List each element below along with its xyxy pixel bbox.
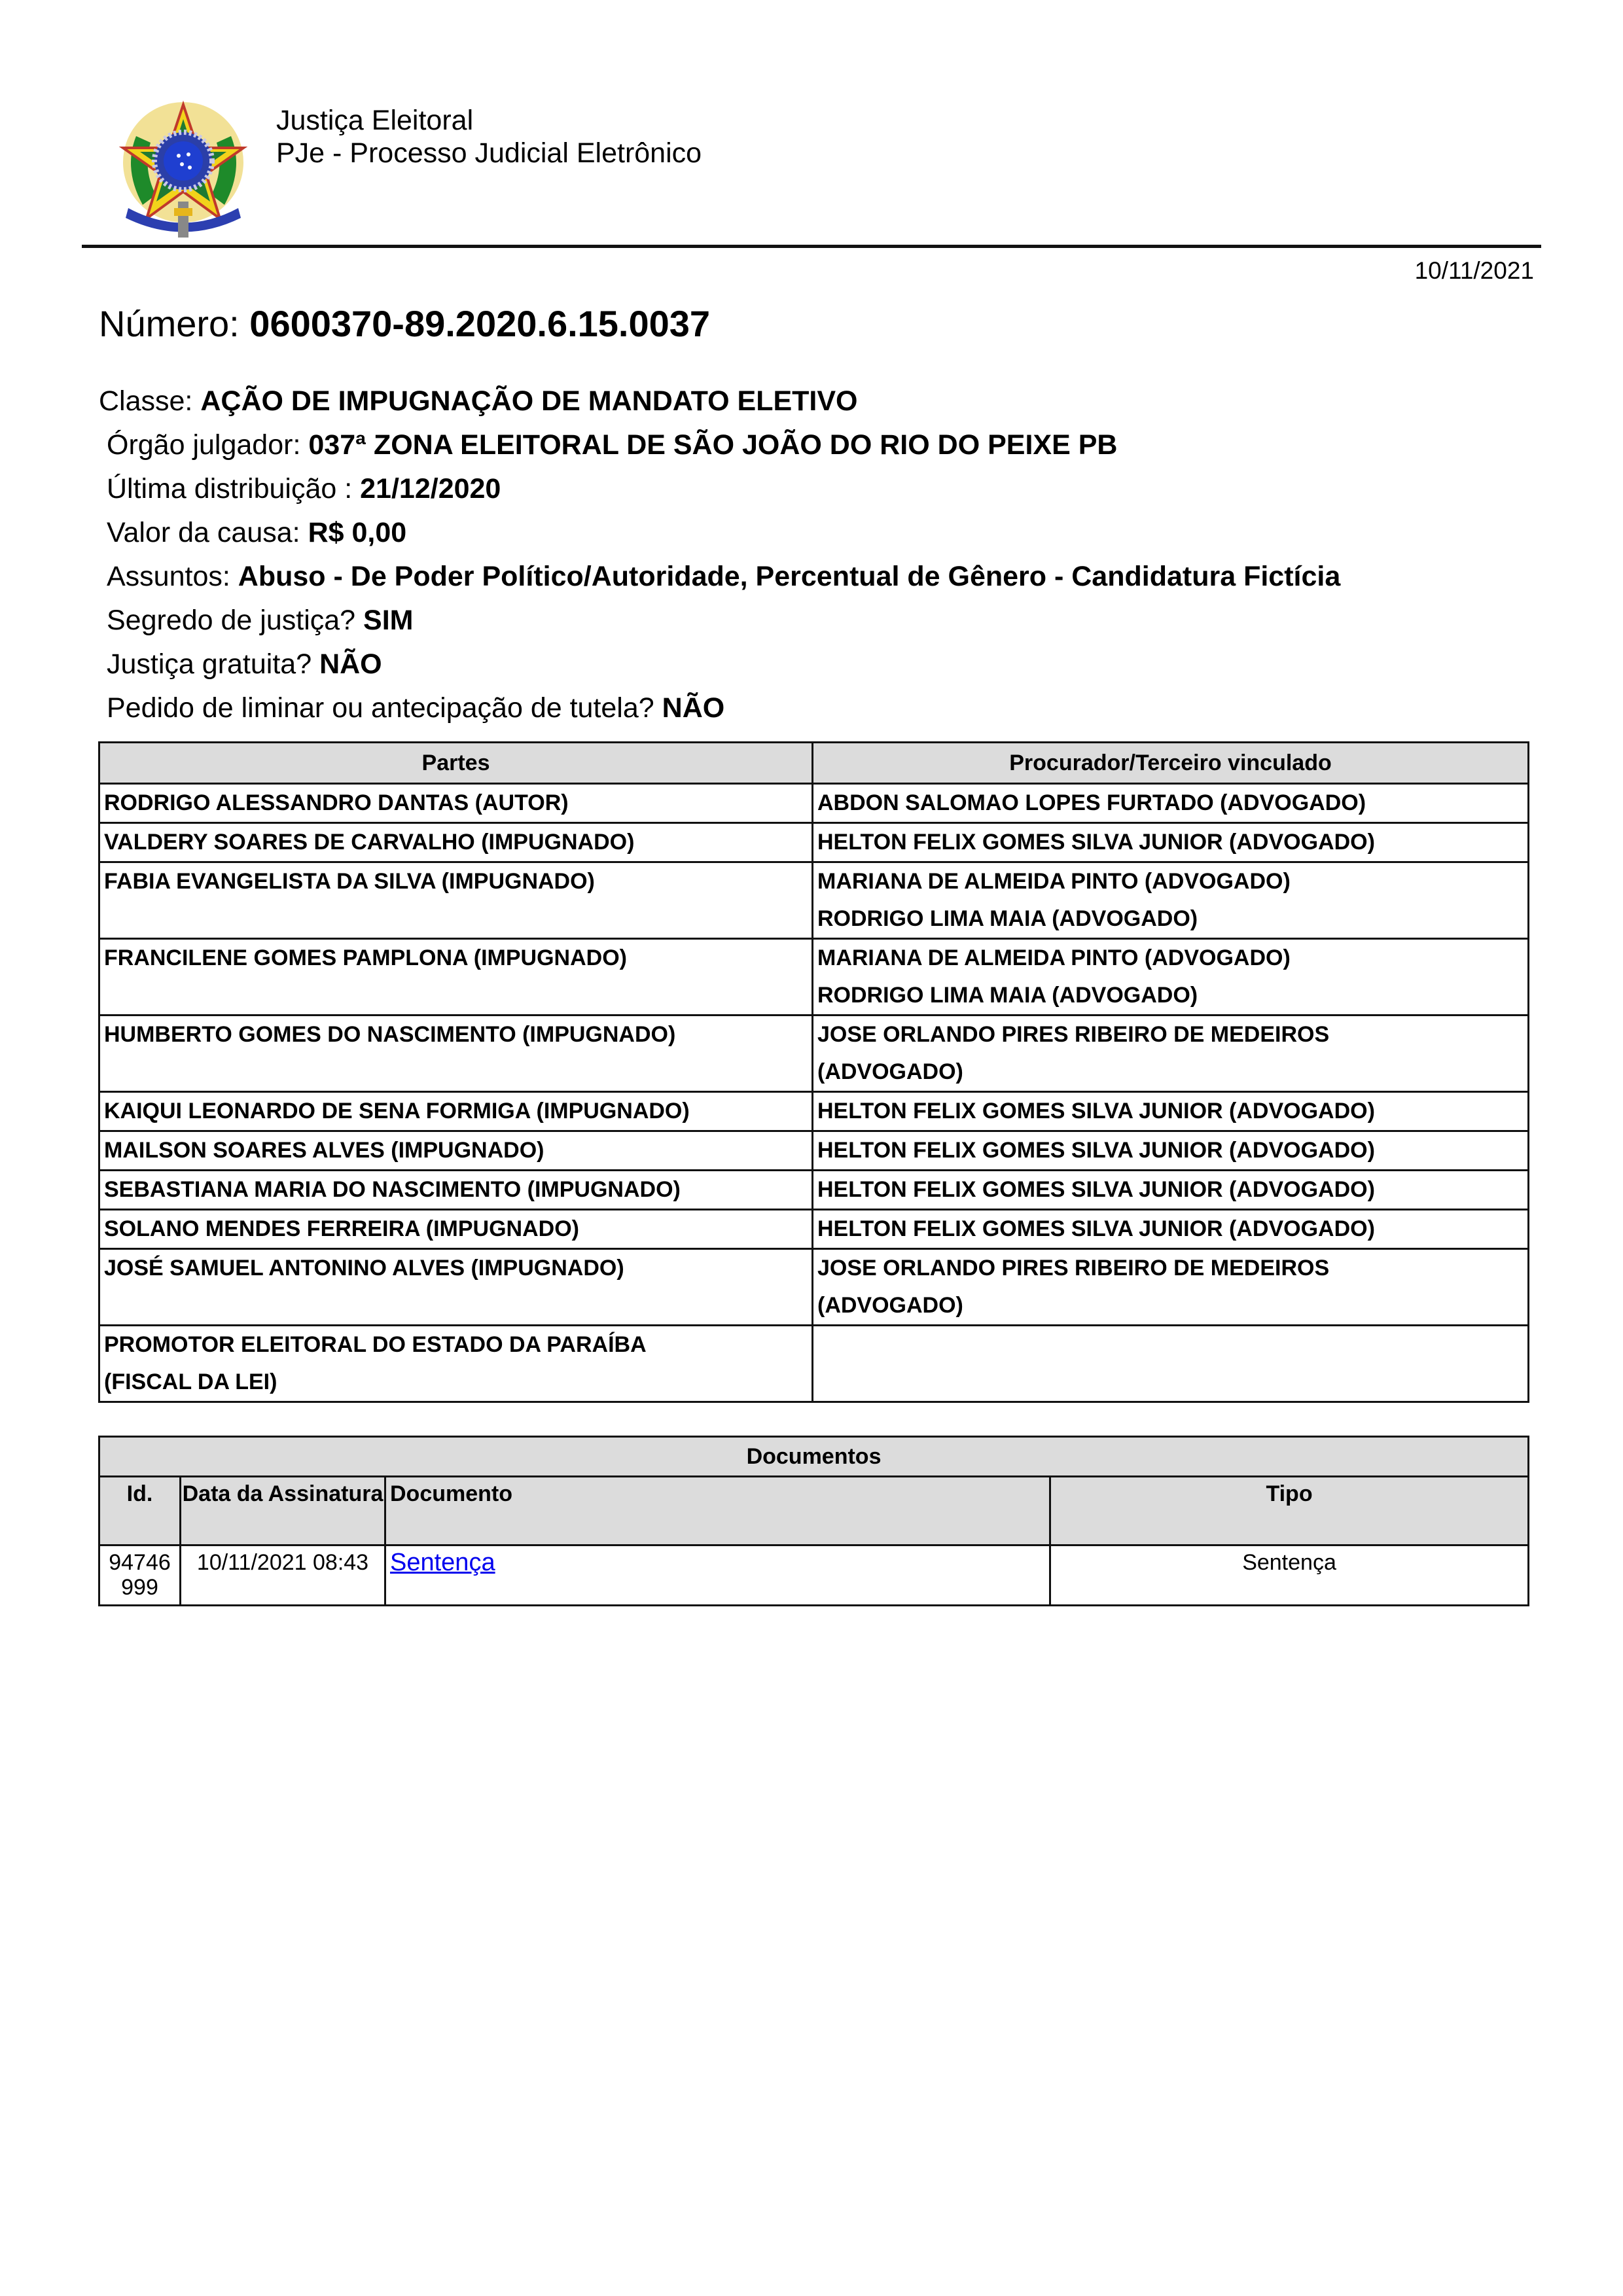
parts-table-header: Partes Procurador/Terceiro vinculado [99,743,1529,784]
parts-table: Partes Procurador/Terceiro vinculado ROD… [98,741,1529,1403]
party-cell: VALDERY SOARES DE CARVALHO (IMPUGNADO) [99,823,813,862]
column-header-partes: Partes [99,743,813,784]
party-cell: SOLANO MENDES FERREIRA (IMPUGNADO) [99,1210,813,1249]
table-row: MAILSON SOARES ALVES (IMPUGNADO)HELTON F… [99,1131,1529,1171]
field-assuntos: Assuntos: Abuso - De Poder Político/Auto… [107,560,1340,593]
field-ultima-distribuicao: Última distribuição : 21/12/2020 [107,472,501,505]
attorney-cell: HELTON FELIX GOMES SILVA JUNIOR (ADVOGAD… [813,1171,1529,1210]
attorney-cell: HELTON FELIX GOMES SILVA JUNIOR (ADVOGAD… [813,823,1529,862]
party-cell: FABIA EVANGELISTA DA SILVA (IMPUGNADO) [99,862,813,939]
document-id-cell: 94746999 [99,1545,181,1606]
attorney-name: RODRIGO LIMA MAIA (ADVOGADO) [817,977,1524,1014]
attorney-name: HELTON FELIX GOMES SILVA JUNIOR (ADVOGAD… [817,1171,1524,1209]
column-header-documento: Documento [385,1477,1050,1545]
table-row: HUMBERTO GOMES DO NASCIMENTO (IMPUGNADO)… [99,1016,1529,1092]
attorney-name: HELTON FELIX GOMES SILVA JUNIOR (ADVOGAD… [817,824,1524,861]
party-cell: HUMBERTO GOMES DO NASCIMENTO (IMPUGNADO) [99,1016,813,1092]
field-label: Segredo de justiça? [107,605,355,636]
attorney-name: HELTON FELIX GOMES SILVA JUNIOR (ADVOGAD… [817,1093,1524,1130]
system-name: PJe - Processo Judicial Eletrônico [276,137,702,169]
field-label: Valor da causa: [107,517,300,548]
attorney-name: JOSE ORLANDO PIRES RIBEIRO DE MEDEIROS [817,1250,1524,1287]
document-type: Sentença [1242,1550,1336,1575]
field-value: 21/12/2020 [360,473,501,504]
party-name: (FISCAL DA LEI) [104,1364,808,1401]
attorney-name: RODRIGO LIMA MAIA (ADVOGADO) [817,900,1524,938]
field-label: Órgão julgador: [107,429,300,461]
field-value: 037ª ZONA ELEITORAL DE SÃO JOÃO DO RIO D… [308,429,1117,461]
process-number: Número: 0600370-89.2020.6.15.0037 [99,303,710,345]
process-number-value: 0600370-89.2020.6.15.0037 [249,303,710,344]
field-label: Classe: [99,385,192,417]
party-cell: RODRIGO ALESSANDRO DANTAS (AUTOR) [99,784,813,823]
attorney-cell: JOSE ORLANDO PIRES RIBEIRO DE MEDEIROS(A… [813,1016,1529,1092]
org-name: Justiça Eleitoral [276,105,473,136]
party-cell: MAILSON SOARES ALVES (IMPUGNADO) [99,1131,813,1171]
attorney-cell: HELTON FELIX GOMES SILVA JUNIOR (ADVOGAD… [813,1092,1529,1131]
party-name: SEBASTIANA MARIA DO NASCIMENTO (IMPUGNAD… [104,1171,808,1209]
document-link[interactable]: Sentença [390,1549,495,1576]
party-cell: FRANCILENE GOMES PAMPLONA (IMPUGNADO) [99,939,813,1016]
table-row: SEBASTIANA MARIA DO NASCIMENTO (IMPUGNAD… [99,1171,1529,1210]
attorney-name: ABDON SALOMAO LOPES FURTADO (ADVOGADO) [817,785,1524,822]
brazil-coat-of-arms-icon [116,97,251,242]
field-classe: Classe: AÇÃO DE IMPUGNAÇÃO DE MANDATO EL… [99,385,858,417]
documents-table-title: Documentos [99,1437,1529,1477]
table-row: SOLANO MENDES FERREIRA (IMPUGNADO)HELTON… [99,1210,1529,1249]
field-label: Última distribuição : [107,473,352,504]
column-header-procurador: Procurador/Terceiro vinculado [813,743,1529,784]
attorney-cell [813,1326,1529,1402]
process-number-label: Número: [99,303,240,344]
party-name: VALDERY SOARES DE CARVALHO (IMPUGNADO) [104,824,808,861]
attorney-cell: HELTON FELIX GOMES SILVA JUNIOR (ADVOGAD… [813,1210,1529,1249]
field-value: AÇÃO DE IMPUGNAÇÃO DE MANDATO ELETIVO [200,385,857,417]
table-row: VALDERY SOARES DE CARVALHO (IMPUGNADO)HE… [99,823,1529,862]
party-name: PROMOTOR ELEITORAL DO ESTADO DA PARAÍBA [104,1326,808,1364]
documents-table-header: Id. Data da Assinatura Documento Tipo [99,1477,1529,1545]
field-label: Pedido de liminar ou antecipação de tute… [107,692,654,724]
field-pedido-liminar: Pedido de liminar ou antecipação de tute… [107,692,724,724]
table-row: FRANCILENE GOMES PAMPLONA (IMPUGNADO)MAR… [99,939,1529,1016]
attorney-cell: MARIANA DE ALMEIDA PINTO (ADVOGADO)RODRI… [813,862,1529,939]
party-name: RODRIGO ALESSANDRO DANTAS (AUTOR) [104,785,808,822]
table-row: JOSÉ SAMUEL ANTONINO ALVES (IMPUGNADO)JO… [99,1249,1529,1326]
table-row: PROMOTOR ELEITORAL DO ESTADO DA PARAÍBA(… [99,1326,1529,1402]
party-cell: SEBASTIANA MARIA DO NASCIMENTO (IMPUGNAD… [99,1171,813,1210]
field-label: Assuntos: [107,561,230,592]
field-value: NÃO [319,648,382,680]
attorney-cell: ABDON SALOMAO LOPES FURTADO (ADVOGADO) [813,784,1529,823]
field-value: Abuso - De Poder Político/Autoridade, Pe… [238,561,1340,592]
field-value: R$ 0,00 [308,517,407,548]
party-name: HUMBERTO GOMES DO NASCIMENTO (IMPUGNADO) [104,1016,808,1053]
table-row: RODRIGO ALESSANDRO DANTAS (AUTOR)ABDON S… [99,784,1529,823]
document-id: 94746999 [107,1550,173,1600]
party-name: JOSÉ SAMUEL ANTONINO ALVES (IMPUGNADO) [104,1250,808,1287]
column-header-tipo: Tipo [1050,1477,1529,1545]
party-name: FRANCILENE GOMES PAMPLONA (IMPUGNADO) [104,940,808,977]
field-value: NÃO [662,692,725,724]
table-row: FABIA EVANGELISTA DA SILVA (IMPUGNADO)MA… [99,862,1529,939]
field-valor-causa: Valor da causa: R$ 0,00 [107,516,406,549]
column-header-data-assinatura: Data da Assinatura [181,1477,385,1545]
party-cell: PROMOTOR ELEITORAL DO ESTADO DA PARAÍBA(… [99,1326,813,1402]
party-name: SOLANO MENDES FERREIRA (IMPUGNADO) [104,1210,808,1248]
party-cell: KAIQUI LEONARDO DE SENA FORMIGA (IMPUGNA… [99,1092,813,1131]
field-segredo-justica: Segredo de justiça? SIM [107,604,414,637]
attorney-cell: HELTON FELIX GOMES SILVA JUNIOR (ADVOGAD… [813,1131,1529,1171]
header-divider [82,245,1541,248]
attorney-name: JOSE ORLANDO PIRES RIBEIRO DE MEDEIROS [817,1016,1524,1053]
document-signature-date-cell: 10/11/2021 08:43 [181,1545,385,1606]
attorney-cell: JOSE ORLANDO PIRES RIBEIRO DE MEDEIROS(A… [813,1249,1529,1326]
document-link-cell: Sentença [385,1545,1050,1606]
attorney-name: (ADVOGADO) [817,1287,1524,1324]
party-name: KAIQUI LEONARDO DE SENA FORMIGA (IMPUGNA… [104,1093,808,1130]
party-name: MAILSON SOARES ALVES (IMPUGNADO) [104,1132,808,1169]
document-type-cell: Sentença [1050,1545,1529,1606]
attorney-name: MARIANA DE ALMEIDA PINTO (ADVOGADO) [817,940,1524,977]
column-header-id: Id. [99,1477,181,1545]
field-justica-gratuita: Justiça gratuita? NÃO [107,648,382,680]
attorney-cell: MARIANA DE ALMEIDA PINTO (ADVOGADO)RODRI… [813,939,1529,1016]
documents-table: Documentos Id. Data da Assinatura Docume… [98,1436,1529,1606]
field-label: Justiça gratuita? [107,648,312,680]
attorney-name: (ADVOGADO) [817,1053,1524,1091]
table-row: 9474699910/11/2021 08:43SentençaSentença [99,1545,1529,1606]
attorney-name: HELTON FELIX GOMES SILVA JUNIOR (ADVOGAD… [817,1210,1524,1248]
document-signature-date: 10/11/2021 08:43 [197,1550,368,1575]
party-cell: JOSÉ SAMUEL ANTONINO ALVES (IMPUGNADO) [99,1249,813,1326]
field-orgao-julgador: Órgão julgador: 037ª ZONA ELEITORAL DE S… [107,429,1117,461]
attorney-name: HELTON FELIX GOMES SILVA JUNIOR (ADVOGAD… [817,1132,1524,1169]
table-row: KAIQUI LEONARDO DE SENA FORMIGA (IMPUGNA… [99,1092,1529,1131]
print-date: 10/11/2021 [1415,256,1534,285]
party-name: FABIA EVANGELISTA DA SILVA (IMPUGNADO) [104,863,808,900]
field-value: SIM [363,605,413,636]
attorney-name: MARIANA DE ALMEIDA PINTO (ADVOGADO) [817,863,1524,900]
